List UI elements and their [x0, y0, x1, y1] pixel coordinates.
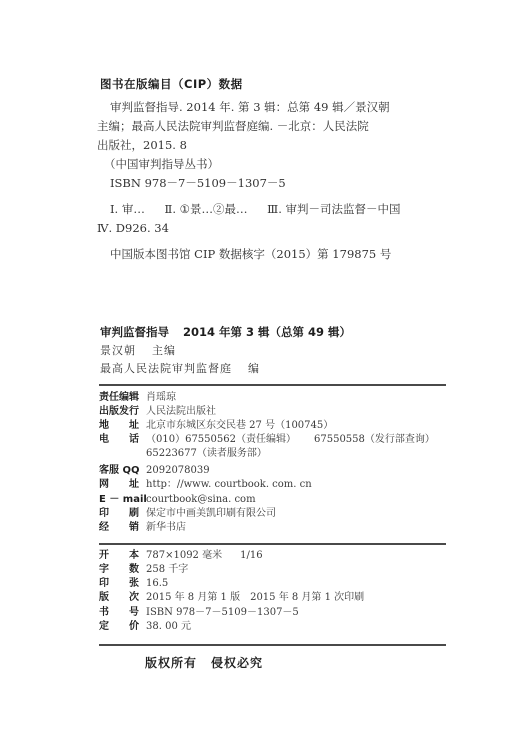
spec-label: 版 次	[99, 591, 143, 605]
info-label: 电 话	[99, 433, 143, 447]
phone-distribution: 67550558（发行部查询）	[314, 434, 435, 445]
info-value: 新华书店	[146, 521, 186, 535]
info-label: 网 址	[99, 478, 143, 492]
spec-value: 16.5	[146, 577, 168, 591]
cip-line-1: 审判监督指导. 2014 年. 第 3 辑：总第 49 辑／景汉朝	[110, 100, 390, 115]
copyright-part-2: 侵权必究	[211, 656, 263, 670]
info-value: http：//www. courtbook. com. cn	[146, 478, 312, 492]
cip-class-ii: Ⅱ. ①景…②最…	[165, 202, 248, 216]
info-label: E － mail	[99, 493, 143, 507]
spec-value: 258 千字	[146, 563, 188, 577]
info-label: 经 销	[99, 521, 143, 535]
cip-verification: 中国版本图书馆 CIP 数据核字（2015）第 179875 号	[110, 247, 391, 262]
info-label: 责任编辑	[99, 391, 143, 405]
info-value: （010）67550562（责任编辑）67550558（发行部查询）	[146, 433, 435, 447]
cip-line-3: 出版社，2015. 8	[97, 138, 187, 153]
spec-label: 书 号	[99, 606, 143, 620]
copyright-part-1: 版权所有	[145, 656, 197, 670]
book-org: 最高人民法院审判监督庭编	[100, 360, 260, 376]
phone-editor: （010）67550562（责任编辑）	[146, 434, 296, 445]
editor-role: 主编	[152, 344, 176, 357]
info-label: 出版发行	[99, 405, 143, 419]
book-issue: 2014 年第 3 辑（总第 49 辑）	[183, 325, 351, 339]
cip-series: （中国审判指导丛书）	[104, 157, 219, 172]
cip-heading: 图书在版编目（CIP）数据	[100, 76, 243, 92]
info-value: 北京市东城区东交民巷 27 号（100745）	[146, 419, 333, 433]
divider-rule	[99, 384, 446, 386]
cip-classification: Ⅰ. 审… Ⅱ. ①景…②最… Ⅲ. 审判－司法监督－中国	[110, 202, 417, 217]
info-label: 地 址	[99, 419, 143, 433]
info-value: 保定市中画美凯印刷有限公司	[146, 507, 276, 521]
book-title: 审判监督指导2014 年第 3 辑（总第 49 辑）	[100, 324, 351, 340]
divider-rule	[99, 644, 446, 646]
cip-line-2: 主编；最高人民法院审判监督庭编. －北京：人民法院	[97, 119, 369, 134]
info-label: 印 刷	[99, 507, 143, 521]
spec-label: 开 本	[99, 549, 143, 563]
spec-value: ISBN 978－7－5109－1307－5	[146, 606, 299, 620]
info-value: 65223677（读者服务部）	[146, 447, 267, 461]
org-role: 编	[248, 362, 260, 375]
info-label: 客服 QQ	[99, 464, 143, 478]
cip-class-iii: Ⅲ. 审判－司法监督－中国	[267, 202, 400, 216]
info-value: 2092078039	[146, 464, 210, 478]
spec-value: 787×1092 毫米1/16	[146, 549, 263, 563]
book-editor: 景汉朝主编	[100, 342, 176, 358]
org-name: 最高人民法院审判监督庭	[100, 362, 232, 375]
spec-label: 定 价	[99, 620, 143, 634]
spec-value: 2015 年 8 月第 1 版2015 年 8 月第 1 次印刷	[146, 591, 364, 605]
divider-rule	[99, 543, 446, 545]
cip-isbn: ISBN 978－7－5109－1307－5	[110, 176, 286, 191]
cip-class-iv: Ⅳ. D926. 34	[97, 221, 169, 236]
editor-name: 景汉朝	[100, 344, 136, 357]
spec-label: 字 数	[99, 563, 143, 577]
info-value: 肖瑶琼	[146, 391, 176, 405]
info-value: courtbook@sina. com	[146, 493, 256, 507]
spec-label: 印 张	[99, 577, 143, 591]
cip-class-i: Ⅰ. 审…	[110, 202, 145, 216]
book-title-name: 审判监督指导	[100, 325, 169, 339]
info-value: 人民法院出版社	[146, 405, 216, 419]
spec-value: 38. 00 元	[146, 620, 191, 634]
copyright-notice: 版权所有侵权必究	[145, 654, 263, 671]
